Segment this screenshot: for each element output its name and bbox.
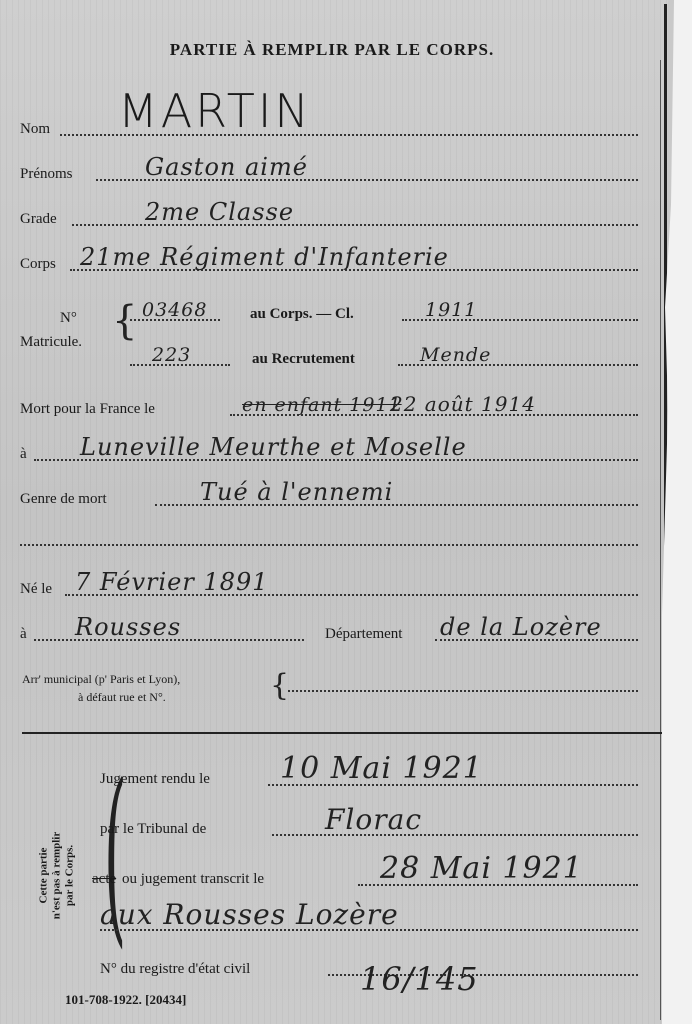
matricule-corps-value: 03468 [142,299,207,321]
jugement-rendu-label: Jugement rendu le [100,771,210,788]
corps-label: Corps [20,256,56,273]
prenoms-row: Prénoms Gaston aimé [20,155,638,185]
ne-le-value: 7 Février 1891 [75,568,269,596]
genre-mort-label: Genre de mort [20,491,107,508]
matricule-corps-label: au Corps. — Cl. [250,306,354,323]
corps-row: Corps 21me Régiment d'Infanterie [20,245,638,275]
departement-label: Département [325,626,402,643]
document-page: PARTIE À REMPLIR PAR LE CORPS. MARTIN No… [0,0,668,1024]
footer-code: 101-708-1922. [20434] [65,992,186,1008]
prenoms-value: Gaston aimé [145,153,308,181]
lieu-naissance-label: à [20,626,27,643]
lieu-mort-value: Luneville Meurthe et Moselle [80,433,467,461]
mort-struck-value: en enfant 1911 [242,394,402,416]
jugement-rendu-row: Jugement rendu le 10 Mai 1921 [100,760,638,790]
grade-label: Grade [20,211,57,228]
blank-row [20,520,638,550]
lieu-naissance-row: à Rousses Département de la Lozère [20,615,638,645]
lieu-mort-label: à [20,446,27,463]
frame-border-inner [660,60,661,1020]
mort-value: 22 août 1914 [390,392,536,416]
side-note: Cette partie n'est pas à remplir par le … [22,790,92,960]
transcrit-label: ou jugement transcrit le [122,871,264,888]
grade-value: 2me Classe [145,198,294,226]
registre-value: 16/145 [360,960,479,998]
ne-le-row: Né le 7 Février 1891 [20,570,638,600]
matricule-recrutement-value: 223 [152,344,191,366]
transcrit-value: 28 Mai 1921 [380,851,583,886]
jugement-rendu-value: 10 Mai 1921 [280,751,483,786]
nom-row: Nom [20,110,638,140]
classe-value: 1911 [425,299,477,321]
corps-value: 21me Régiment d'Infanterie [80,243,449,271]
transcrit-row: acte ou jugement transcrit le 28 Mai 192… [100,860,638,890]
departement-value: de la Lozère [440,613,602,641]
mort-label: Mort pour la France le [20,401,155,418]
recrutement-place-value: Mende [420,344,491,366]
matricule-recrutement-row: 223 au Recrutement Mende [130,340,638,370]
matricule-corps-row: 03468 au Corps. — Cl. 1911 [130,295,638,325]
prenoms-label: Prénoms [20,166,73,183]
mort-row: Mort pour la France le en enfant 1911 22… [20,390,638,420]
document-title: PARTIE À REMPLIR PAR LE CORPS. [0,40,664,60]
registre-row: N° du registre d'état civil 16/145 [100,950,638,980]
arrondissement-line [288,690,638,692]
side-note-line-2: n'est pas à remplir [51,831,64,919]
transcrit-struck-label: acte [92,871,116,888]
genre-mort-value: Tué à l'ennemi [200,478,393,506]
transcrit-place-row: aux Rousses Lozère [100,905,638,935]
tribunal-value: Florac [325,803,422,836]
blank-line [20,544,638,546]
lieu-mort-row: à Luneville Meurthe et Moselle [20,435,638,465]
genre-mort-row: Genre de mort Tué à l'ennemi [20,480,638,510]
transcrit-place-value: aux Rousses Lozère [100,898,399,931]
lieu-naissance-value: Rousses [75,613,181,641]
side-note-line-1: Cette partie [38,831,51,919]
arrondissement-brace: { [270,668,289,703]
tribunal-label: par le Tribunal de [100,821,206,838]
tribunal-row: par le Tribunal de Florac [100,810,638,840]
grade-row: Grade 2me Classe [20,200,638,230]
nom-label: Nom [20,121,50,138]
side-note-line-3: par le Corps. [64,831,77,919]
registre-label: N° du registre d'état civil [100,961,250,978]
section-separator [22,732,662,734]
nom-line [60,134,638,136]
ne-le-label: Né le [20,581,52,598]
recrutement-label: au Recrutement [252,351,355,368]
